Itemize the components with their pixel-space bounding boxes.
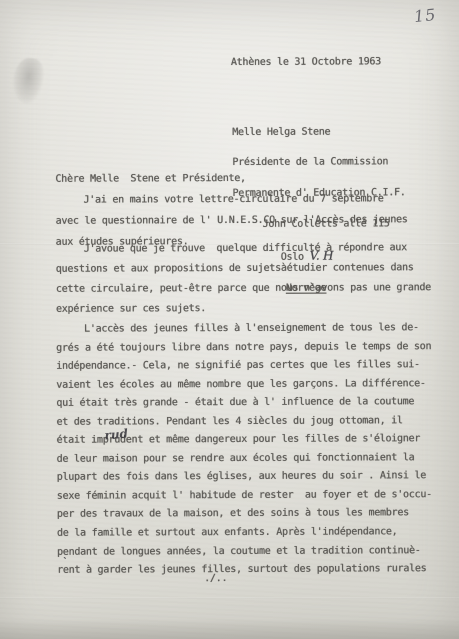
recipient-name: Melle Helga Stene <box>232 127 405 138</box>
salutation: Chère Melle Stene et Présidente, <box>55 173 245 186</box>
handwritten-accent-mark: ˋ <box>62 556 68 569</box>
scanned-letter-page: 15 Athènes le 31 Octobre 1963 Melle Helg… <box>0 0 459 639</box>
recipient-title-line-1: Présidente de la Commission <box>232 158 405 169</box>
dateline: Athènes le 31 Octobre 1963 <box>231 56 381 69</box>
paragraph-2: J'avoue que je trouve quelque difficulté… <box>56 238 440 320</box>
continuation-mark: ./.. <box>204 573 227 585</box>
handwritten-pen-correction: rud <box>104 426 129 442</box>
paragraph-3: L'accès des jeunes filles à l'enseigneme… <box>56 319 441 580</box>
typed-text-layer: Athènes le 31 Octobre 1963 Melle Helga S… <box>0 0 459 639</box>
